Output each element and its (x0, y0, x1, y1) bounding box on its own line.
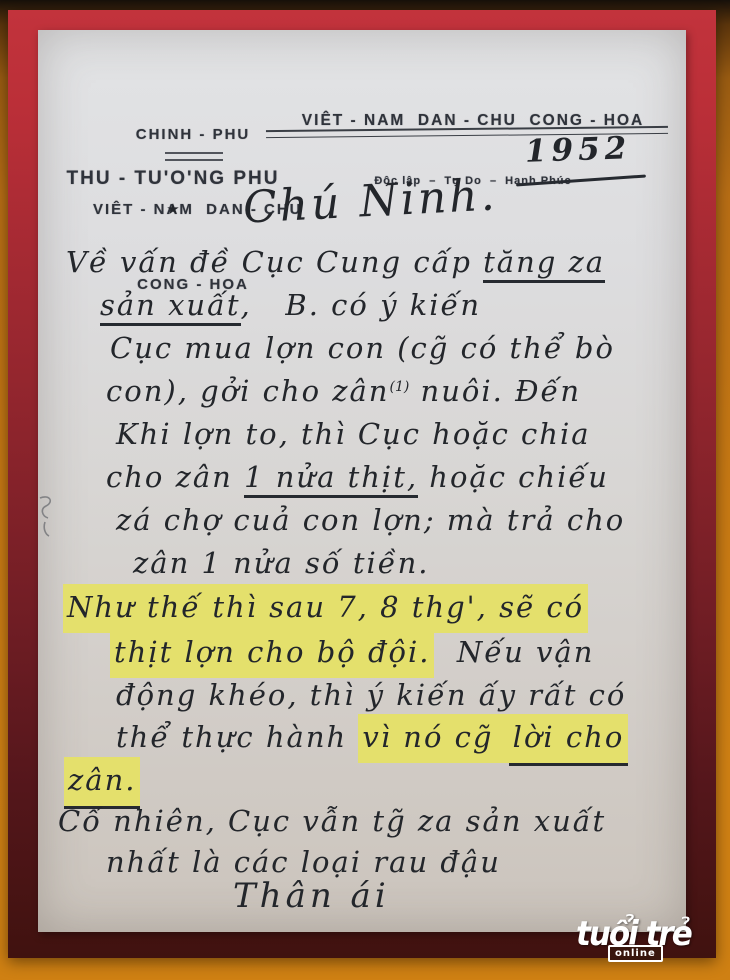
letter-line: zân 1 nửa số tiền. (133, 546, 430, 580)
letter-line: Về vấn đề Cục Cung cấp tăng za (66, 245, 605, 279)
underlined-text: tăng za (483, 245, 605, 283)
handwriting-segment: nhất là các loại rau đậu (106, 845, 501, 879)
letter-line: động khéo, thì ý kiến ấy rất có (116, 678, 626, 712)
handwriting-segment: Cục mua lợn con (cg̃ có thể bò (110, 331, 615, 365)
letter-line: sản xuất, B. có ý kiến (100, 288, 481, 322)
letter-line: Như thế thì sau 7, 8 thg', sẽ có (63, 590, 588, 624)
tuoitre-online-badge: online (608, 945, 663, 962)
stray-pen-mark (36, 492, 58, 540)
letter-line: nhất là các loại rau đậu (106, 845, 501, 879)
letter-line: zân. (64, 763, 140, 797)
handwriting-segment: zá chợ cuả con lợn; mà trả cho (116, 503, 625, 537)
handwriting-segment: con), gởi cho zân (106, 374, 390, 408)
underlined-text: sản xuất (100, 288, 241, 326)
handwriting-segment: Nếu vận (434, 635, 594, 669)
handwriting-segment: , B. có ý kiến (241, 288, 482, 322)
letter-line: zá chợ cuả con lợn; mà trả cho (116, 503, 625, 537)
highlighted-underlined-text: zân. (64, 757, 140, 809)
handwriting-segment: Khi lợn to, thì Cục hoặc chia (116, 417, 591, 451)
highlighted-text: Như thế thì sau 7, 8 thg', sẽ có (63, 584, 588, 633)
highlighted-underlined-text: lời cho (509, 714, 629, 766)
handwriting-segment: nuôi. Đến (409, 374, 581, 408)
letter-line: Cục mua lợn con (cg̃ có thể bò (110, 331, 615, 365)
underlined-text: 1 nửa thịt, (244, 460, 418, 498)
handwriting-segment: hoặc chiếu (418, 460, 609, 494)
highlighted-text: thịt lợn cho bộ đội. (110, 629, 434, 678)
letter-line: Khi lợn to, thì Cục hoặc chia (116, 417, 591, 451)
highlighted-text: vì nó cg̃ (358, 714, 508, 763)
handwritten-year: 1952 (524, 130, 631, 170)
letter-line: con), gởi cho zân(1) nuôi. Đến (106, 374, 581, 408)
letterhead-left-line1: CHINH - PHU (93, 122, 293, 147)
handwriting-segment: thể thực hành (116, 720, 358, 754)
footnote-marker: (1) (390, 379, 410, 395)
letter-line: thể thực hành vì nó cg̃ lời cho (116, 720, 628, 754)
red-display-frame: CHINH - PHU VIÊT - NAM DAN - CHU CONG - … (8, 10, 716, 958)
handwriting-segment: zân 1 nửa số tiền. (133, 546, 430, 580)
letter-line: cho zân 1 nửa thịt, hoặc chiếu (106, 460, 609, 494)
letter-line: thịt lợn cho bộ đội. Nếu vận (110, 635, 594, 669)
letter-closing: Thân ái (233, 876, 390, 916)
letter-line: Cố nhiên, Cục vẫn tg̃ za sản xuất (58, 804, 606, 838)
letterhead-separator-rule (165, 152, 223, 161)
handwriting-segment: Về vấn đề Cục Cung cấp (66, 245, 483, 279)
handwriting-segment: Cố nhiên, Cục vẫn tg̃ za sản xuất (58, 804, 606, 838)
letter-document: CHINH - PHU VIÊT - NAM DAN - CHU CONG - … (38, 30, 686, 932)
handwriting-segment: cho zân (106, 460, 244, 494)
tuoitre-watermark: tuổi trẻ online (576, 916, 724, 972)
handwriting-segment: động khéo, thì ý kiến ấy rất có (116, 678, 626, 712)
